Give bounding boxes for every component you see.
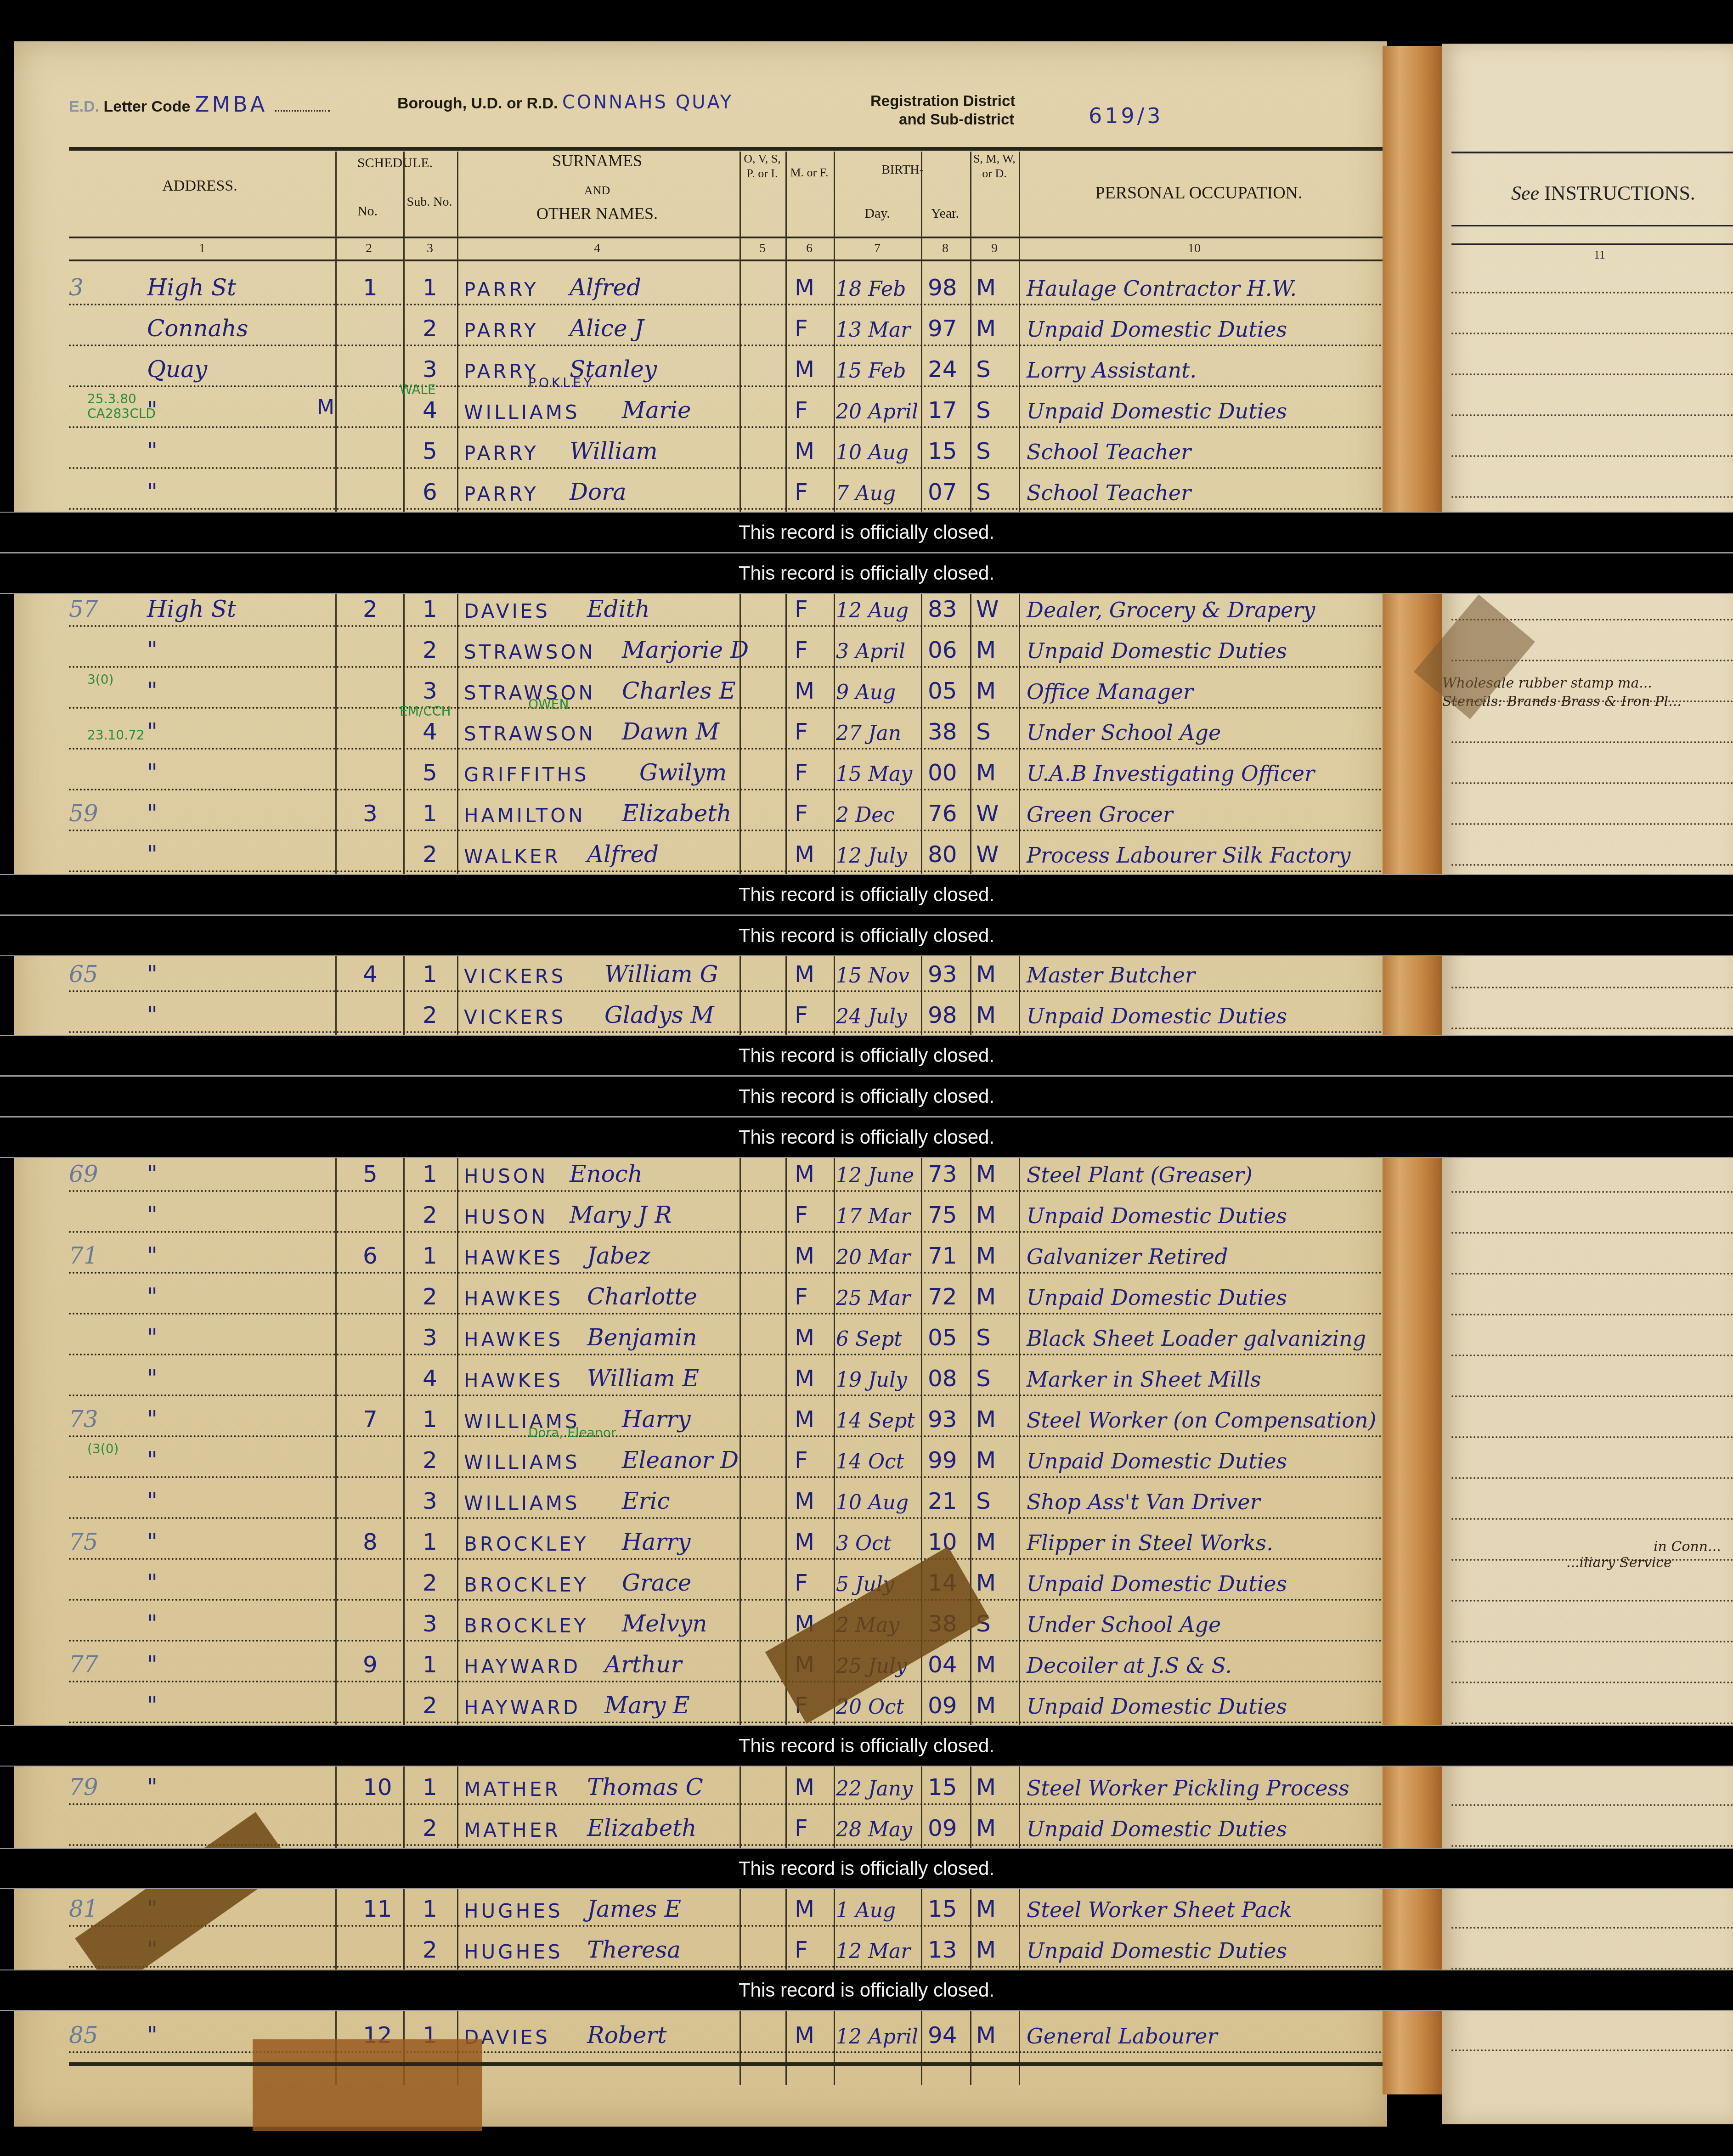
col-other-names: OTHER NAMES. bbox=[457, 204, 737, 223]
dotted-line bbox=[1451, 1232, 1733, 1234]
marital-cell: S bbox=[976, 356, 991, 383]
sex-cell: F bbox=[795, 1447, 808, 1473]
table-row: "2VICKERSGladys MF24 July98MUnpaid Domes… bbox=[69, 992, 1383, 1033]
dotted-line bbox=[1451, 1804, 1733, 1806]
surname-cell: STRAWSON bbox=[464, 641, 596, 663]
surname-cell: PARRY bbox=[464, 360, 539, 383]
house-number: 77 bbox=[69, 1651, 98, 1678]
reg-label-line1: Registration District bbox=[870, 92, 1015, 110]
column-number: 7 bbox=[859, 241, 896, 256]
address-cell: " bbox=[147, 1242, 158, 1269]
birth-year-cell: 15 bbox=[928, 1896, 957, 1922]
table-row: 77"91HAYWARDArthurM25 July04MDecoiler at… bbox=[69, 1641, 1383, 1682]
birth-year-cell: 08 bbox=[928, 1365, 957, 1392]
surname-cell: MATHER bbox=[464, 1819, 561, 1841]
sub-number: 2 bbox=[423, 1815, 437, 1841]
birth-day-cell: 14 Oct bbox=[836, 1450, 904, 1473]
instructions-heading: See INSTRUCTIONS. bbox=[1511, 181, 1695, 205]
sub-number: 1 bbox=[423, 1651, 437, 1678]
birth-year-cell: 17 bbox=[928, 397, 957, 423]
marital-cell: M bbox=[976, 1406, 996, 1433]
occupation-cell: Process Labourer Silk Factory bbox=[1027, 843, 1351, 868]
occupation-cell: Master Butcher bbox=[1027, 963, 1195, 988]
schedule-number: 5 bbox=[363, 1161, 378, 1187]
birth-day-cell: 12 April bbox=[836, 2025, 918, 2049]
birth-day-cell: 1 Aug bbox=[836, 1899, 896, 1922]
closed-record-text: This record is officially closed. bbox=[739, 1126, 994, 1148]
birth-year-cell: 98 bbox=[928, 274, 957, 301]
dotted-line bbox=[1451, 1518, 1733, 1520]
sub-number: 4 bbox=[423, 718, 437, 745]
birth-day-cell: 15 Feb bbox=[836, 359, 906, 383]
sub-number: 2 bbox=[423, 1002, 437, 1028]
surname-cell: HAYWARD bbox=[464, 1696, 581, 1719]
sex-cell: F bbox=[795, 1002, 808, 1028]
given-names-cell: Gladys M bbox=[604, 1002, 714, 1028]
marital-cell: M bbox=[976, 315, 996, 342]
sub-number: 2 bbox=[423, 315, 437, 342]
row-dotted-rule bbox=[69, 508, 1383, 510]
header-rule bbox=[69, 237, 1383, 238]
closed-record-text: This record is officially closed. bbox=[739, 925, 994, 947]
address-cell: " bbox=[147, 1002, 158, 1028]
given-names-cell: Gwilym bbox=[639, 759, 727, 786]
marital-cell: M bbox=[976, 759, 996, 786]
right-header-rule bbox=[1451, 152, 1733, 153]
sex-cell: M bbox=[795, 1324, 814, 1351]
col-schedule-sub: Sub. No. bbox=[404, 193, 455, 211]
occupation-cell: Decoiler at J.S & S. bbox=[1027, 1653, 1232, 1678]
schedule-number: 11 bbox=[363, 1896, 392, 1922]
given-names-cell: Marie bbox=[622, 397, 691, 423]
sex-cell: F bbox=[795, 800, 808, 827]
occupation-cell: Unpaid Domestic Duties bbox=[1027, 317, 1287, 342]
sex-cell: M bbox=[795, 1365, 814, 1392]
birth-year-cell: 04 bbox=[928, 1651, 957, 1678]
birth-day-cell: 13 Mar bbox=[836, 318, 910, 342]
given-names-cell: Jabez bbox=[587, 1242, 650, 1269]
occupation-cell: School Teacher bbox=[1027, 440, 1191, 464]
house-number: 85 bbox=[69, 2022, 98, 2049]
sub-number: 2 bbox=[423, 1202, 437, 1228]
address-cell: " bbox=[147, 1692, 158, 1719]
surname-cell: GRIFFITHS bbox=[464, 763, 589, 786]
occupation-cell: School Teacher bbox=[1027, 480, 1191, 505]
given-names-cell: Harry bbox=[622, 1406, 690, 1433]
column-number: 9 bbox=[976, 241, 1013, 256]
address-cell: " bbox=[147, 961, 158, 988]
given-names-cell: William G bbox=[604, 961, 718, 988]
dotted-line bbox=[1451, 864, 1733, 866]
marital-cell: S bbox=[976, 479, 991, 505]
given-names-cell: Eleanor D bbox=[622, 1447, 739, 1473]
sex-cell: F bbox=[795, 718, 808, 745]
col-birth-day: Day. bbox=[836, 204, 919, 223]
occupation-cell: Unpaid Domestic Duties bbox=[1027, 1449, 1287, 1473]
marital-cell: S bbox=[976, 1488, 991, 1514]
birth-year-cell: 13 bbox=[928, 1936, 957, 1963]
dotted-line bbox=[1451, 987, 1733, 988]
margin-annotation: WALE bbox=[400, 382, 436, 397]
birth-year-cell: 09 bbox=[928, 1692, 957, 1719]
table-row: "5PARRYWilliamM10 Aug15SSchool Teacher bbox=[69, 428, 1383, 469]
surname-cell: WILLIAMS bbox=[464, 1451, 580, 1473]
address-cell: " bbox=[147, 1529, 158, 1555]
sex-cell: M bbox=[795, 1774, 814, 1800]
column-number: 4 bbox=[579, 241, 615, 256]
dotted-line bbox=[1451, 1927, 1733, 1929]
surname-cell: VICKERS bbox=[464, 965, 566, 988]
birth-day-cell: 2 Dec bbox=[836, 803, 895, 827]
address-cell: " bbox=[147, 1283, 158, 1310]
given-names-cell: Thomas C bbox=[587, 1774, 703, 1800]
birth-year-cell: 76 bbox=[928, 800, 957, 827]
dotted-line bbox=[1451, 1273, 1733, 1275]
birth-day-cell: 7 Aug bbox=[836, 482, 896, 505]
dotted-line bbox=[1451, 1477, 1733, 1479]
sub-number: 2 bbox=[423, 1692, 437, 1719]
col-occupation: PERSONAL OCCUPATION. bbox=[1020, 184, 1378, 202]
margin-annotation: EM/CCH bbox=[400, 704, 451, 719]
dotted-line bbox=[1451, 741, 1733, 743]
col-ovspi: O, V, S, P. or I. bbox=[740, 152, 784, 181]
birth-year-cell: 71 bbox=[928, 1242, 957, 1269]
table-row: Connahs2PARRYAlice JF13 Mar97MUnpaid Dom… bbox=[69, 305, 1383, 346]
address-cell: " bbox=[147, 2022, 158, 2049]
table-row: "5GRIFFITHSGwilymF15 May00MU.A.B Investi… bbox=[69, 749, 1383, 790]
occupation-cell: Steel Worker (on Compensation) bbox=[1027, 1408, 1377, 1433]
address-cell: " bbox=[147, 637, 158, 663]
birth-day-cell: 22 Jany bbox=[836, 1777, 913, 1800]
birth-year-cell: 09 bbox=[928, 1815, 957, 1841]
given-names-cell: Dawn M bbox=[622, 718, 719, 745]
registration-value: 619/3 bbox=[1089, 103, 1163, 128]
dotted-line bbox=[1451, 333, 1733, 334]
address-cell: " bbox=[147, 1202, 158, 1228]
occupation-cell: Unpaid Domestic Duties bbox=[1027, 1571, 1287, 1596]
sub-number: 4 bbox=[423, 397, 437, 423]
marital-cell: W bbox=[976, 596, 999, 622]
dotted-line bbox=[1451, 292, 1733, 293]
given-names-cell: Melvyn bbox=[622, 1610, 707, 1637]
surname-cell: HAWKES bbox=[464, 1287, 563, 1310]
row-dotted-rule bbox=[69, 870, 1383, 872]
table-row: "2HUSONMary J RF17 Mar75MUnpaid Domestic… bbox=[69, 1191, 1383, 1233]
given-names-cell: Enoch bbox=[570, 1161, 643, 1187]
house-number: 3 bbox=[69, 274, 84, 301]
dotted-line bbox=[1451, 373, 1733, 375]
sex-cell: F bbox=[795, 1202, 808, 1228]
table-row: "2WILLIAMSEleanor DF14 Oct99MUnpaid Dome… bbox=[69, 1437, 1383, 1478]
dots bbox=[275, 110, 330, 112]
closed-record-text: This record is officially closed. bbox=[739, 562, 994, 584]
table-row: 75"81BROCKLEYHarryM3 Oct10MFlipper in St… bbox=[69, 1518, 1383, 1560]
address-cell: High St bbox=[147, 596, 236, 622]
sub-number: 1 bbox=[423, 596, 437, 622]
sub-number: 1 bbox=[423, 961, 437, 988]
occupation-cell: Steel Plant (Greaser) bbox=[1027, 1163, 1253, 1187]
birth-day-cell: 12 Aug bbox=[836, 599, 909, 622]
birth-day-cell: 20 April bbox=[836, 400, 918, 423]
marital-cell: M bbox=[976, 1936, 996, 1963]
marital-cell: M bbox=[976, 1283, 996, 1310]
dotted-line bbox=[1451, 1191, 1733, 1193]
occupation-cell: Marker in Sheet Mills bbox=[1027, 1367, 1261, 1392]
given-names-cell: Robert bbox=[587, 2022, 666, 2049]
occupation-cell: Unpaid Domestic Duties bbox=[1027, 1817, 1287, 1841]
table-row: "2HUGHESTheresaF12 Mar13MUnpaid Domestic… bbox=[69, 1926, 1383, 1968]
address-cell: " bbox=[147, 1569, 158, 1596]
letter-code-value: ZMBA bbox=[195, 92, 267, 117]
sex-cell: F bbox=[795, 637, 808, 663]
birth-day-cell: 25 Mar bbox=[836, 1287, 910, 1310]
birth-year-cell: 00 bbox=[928, 759, 957, 786]
birth-year-cell: 72 bbox=[928, 1283, 957, 1310]
occupation-cell: Haulage Contractor H.W. bbox=[1027, 276, 1297, 301]
sub-number: 2 bbox=[423, 1283, 437, 1310]
given-names-cell: Alfred bbox=[570, 274, 641, 301]
surname-cell: HAYWARD bbox=[464, 1655, 581, 1678]
table-row: "3WILLIAMSEricM10 Aug21SShop Ass't Van D… bbox=[69, 1478, 1383, 1519]
house-number: 81 bbox=[69, 1896, 98, 1922]
dotted-line bbox=[1451, 1314, 1733, 1315]
marital-cell: M bbox=[976, 1447, 996, 1473]
address-cell: " bbox=[147, 1447, 158, 1473]
birth-day-cell: 14 Sept bbox=[836, 1409, 915, 1433]
address-cell: " bbox=[147, 1324, 158, 1351]
given-names-cell: Charlotte bbox=[587, 1283, 697, 1310]
birth-day-cell: 20 Mar bbox=[836, 1246, 910, 1269]
sub-number: 3 bbox=[423, 1488, 437, 1514]
birth-year-cell: 06 bbox=[928, 637, 957, 663]
dotted-line bbox=[1451, 1395, 1733, 1397]
sub-number: 3 bbox=[423, 1324, 437, 1351]
table-row: "2WALKERAlfredM12 July80WProcess Laboure… bbox=[69, 831, 1383, 872]
col-marital: S, M, W, or D. bbox=[971, 152, 1017, 181]
sub-number: 3 bbox=[423, 356, 437, 383]
surname-cell: HUSON bbox=[464, 1206, 548, 1228]
given-names-cell: James E bbox=[587, 1896, 681, 1922]
surname-cell: BROCKLEY bbox=[464, 1574, 589, 1596]
given-names-cell: Alice J bbox=[570, 315, 644, 342]
table-row: "3HAWKESBenjaminM6 Sept05SBlack Sheet Lo… bbox=[69, 1314, 1383, 1355]
surname-cell: HAWKES bbox=[464, 1369, 563, 1392]
closed-record-text: This record is officially closed. bbox=[739, 1979, 994, 2001]
column-number: 5 bbox=[744, 241, 781, 256]
marital-cell: M bbox=[976, 1815, 996, 1841]
occupation-cell: Unpaid Domestic Duties bbox=[1027, 638, 1287, 663]
closed-record-banner: This record is officially closed. bbox=[0, 1725, 1733, 1767]
birth-year-cell: 80 bbox=[928, 841, 957, 868]
occupation-cell: Under School Age bbox=[1027, 720, 1221, 745]
dotted-line bbox=[1451, 1845, 1733, 1847]
birth-year-cell: 24 bbox=[928, 356, 957, 383]
address-cell: Quay bbox=[147, 356, 207, 383]
surname-cell: STRAWSON bbox=[464, 722, 596, 745]
letter-code-label: Letter Code bbox=[104, 98, 191, 115]
birth-day-cell: 10 Aug bbox=[836, 1491, 909, 1514]
table-row: "4WILLIAMSMarieF20 April17SUnpaid Domest… bbox=[69, 387, 1383, 428]
birth-day-cell: 12 July bbox=[836, 844, 907, 868]
sub-number: 2 bbox=[423, 637, 437, 663]
sex-cell: F bbox=[795, 1815, 808, 1841]
occupation-cell: Unpaid Domestic Duties bbox=[1027, 1694, 1287, 1719]
table-row: 73"71WILLIAMSHarryM14 Sept93MSteel Worke… bbox=[69, 1396, 1383, 1437]
sub-number: 2 bbox=[423, 1447, 437, 1473]
birth-day-cell: 15 Nov bbox=[836, 964, 909, 988]
birth-day-cell: 19 July bbox=[836, 1368, 907, 1392]
closed-record-text: This record is officially closed. bbox=[739, 521, 994, 543]
table-row: "2HAYWARDMary EF20 Oct09MUnpaid Domestic… bbox=[69, 1682, 1383, 1723]
surname-cell: MATHER bbox=[464, 1778, 561, 1800]
occupation-cell: Lorry Assistant. bbox=[1027, 358, 1197, 383]
occupation-cell: Unpaid Domestic Duties bbox=[1027, 1203, 1287, 1228]
occupation-cell: Unpaid Domestic Duties bbox=[1027, 399, 1287, 423]
birth-year-cell: 07 bbox=[928, 479, 957, 505]
table-row: "3BROCKLEYMelvynM2 May38SUnder School Ag… bbox=[69, 1600, 1383, 1642]
sex-cell: M bbox=[795, 677, 814, 704]
surname-cell: HUGHES bbox=[464, 1941, 563, 1963]
house-number: 57 bbox=[69, 596, 98, 622]
birth-day-cell: 27 Jan bbox=[836, 722, 901, 745]
address-cell: " bbox=[147, 718, 158, 745]
table-row: 81"111HUGHESJames EM1 Aug15MSteel Worker… bbox=[69, 1885, 1383, 1927]
given-names-cell: Benjamin bbox=[587, 1324, 697, 1351]
address-cell: " bbox=[147, 1610, 158, 1637]
header-rule bbox=[69, 260, 1383, 261]
margin-annotation: CA283CLD bbox=[87, 406, 156, 421]
sub-number: 1 bbox=[423, 1896, 437, 1922]
given-names-cell: Mary E bbox=[604, 1692, 690, 1719]
column-number: 8 bbox=[927, 241, 964, 256]
occupation-cell: Unpaid Domestic Duties bbox=[1027, 1004, 1287, 1028]
tape-strip bbox=[253, 2039, 482, 2131]
birth-year-cell: 21 bbox=[928, 1488, 957, 1514]
marital-cell: S bbox=[976, 718, 991, 745]
occupation-cell: Unpaid Domestic Duties bbox=[1027, 1938, 1287, 1963]
sex-cell: M bbox=[795, 1161, 814, 1187]
marital-cell: S bbox=[976, 438, 991, 464]
sub-number: 1 bbox=[423, 800, 437, 827]
letter-code-field: E.D. Letter Code ZMBA bbox=[69, 92, 333, 117]
sub-number: 5 bbox=[423, 438, 437, 464]
sub-number: 6 bbox=[423, 479, 437, 505]
given-names-cell: Edith bbox=[587, 596, 650, 622]
marital-cell: M bbox=[976, 1692, 996, 1719]
column-number: 10 bbox=[1176, 241, 1213, 256]
marital-cell: S bbox=[976, 397, 991, 423]
occupation-cell: General Labourer bbox=[1027, 2024, 1218, 2049]
house-number: 75 bbox=[69, 1529, 98, 1555]
margin-annotation: 3(0) bbox=[87, 672, 113, 687]
occupation-cell: Shop Ass't Van Driver bbox=[1027, 1490, 1260, 1514]
sub-number: 3 bbox=[423, 1610, 437, 1637]
sex-cell: M bbox=[795, 438, 814, 464]
margin-annotation: 25.3.80 bbox=[87, 391, 136, 406]
header-rule bbox=[69, 147, 1383, 151]
birth-day-cell: 18 Feb bbox=[836, 277, 906, 301]
birth-year-cell: 94 bbox=[928, 2022, 957, 2049]
column-number: 6 bbox=[791, 241, 828, 256]
marital-cell: M bbox=[976, 961, 996, 988]
address-cell: " bbox=[147, 438, 158, 464]
closed-record-banner: This record is officially closed. bbox=[0, 1848, 1733, 1889]
dotted-line bbox=[1451, 782, 1733, 784]
dotted-line bbox=[1451, 414, 1733, 416]
occupation-cell: Steel Worker Pickling Process bbox=[1027, 1776, 1349, 1800]
closed-record-banner: This record is officially closed. bbox=[0, 1035, 1733, 1076]
margin-annotation: M bbox=[317, 396, 334, 419]
sub-number: 5 bbox=[423, 759, 437, 786]
birth-day-cell: 24 July bbox=[836, 1005, 907, 1028]
closed-record-banner: This record is officially closed. bbox=[0, 553, 1733, 594]
surname-cell: HUSON bbox=[464, 1165, 548, 1187]
surname-cell: PARRY bbox=[464, 483, 539, 505]
schedule-number: 2 bbox=[363, 596, 378, 622]
col-birth: BIRTH- bbox=[836, 161, 969, 179]
birth-day-cell: 9 Aug bbox=[836, 681, 896, 704]
birth-day-cell: 12 June bbox=[836, 1164, 914, 1187]
marital-cell: M bbox=[976, 677, 996, 704]
birth-day-cell: 15 May bbox=[836, 762, 912, 786]
sex-cell: M bbox=[795, 2022, 814, 2049]
dotted-line bbox=[1451, 1436, 1733, 1438]
closed-record-banner: This record is officially closed. bbox=[0, 874, 1733, 915]
dotted-line bbox=[1451, 1641, 1733, 1642]
birth-year-cell: 05 bbox=[928, 1324, 957, 1351]
birth-year-cell: 93 bbox=[928, 1406, 957, 1433]
given-names-cell: William bbox=[570, 438, 658, 464]
margin-annotation: 23.10.72 bbox=[87, 728, 145, 743]
sex-cell: F bbox=[795, 315, 808, 342]
sex-cell: M bbox=[795, 1406, 814, 1433]
table-row: 3High St11PARRYAlfredM18 Feb98MHaulage C… bbox=[69, 264, 1383, 305]
surname-cell: HAMILTON bbox=[464, 804, 586, 827]
sex-cell: M bbox=[795, 1242, 814, 1269]
column-number-11: 11 bbox=[1594, 248, 1605, 262]
address-cell: " bbox=[147, 677, 158, 704]
marital-cell: W bbox=[976, 800, 999, 827]
surname-cell: HUGHES bbox=[464, 1900, 563, 1922]
sex-cell: F bbox=[795, 1283, 808, 1310]
table-row: 59"31HAMILTONElizabethF2 Dec76WGreen Gro… bbox=[69, 790, 1383, 831]
house-number: 65 bbox=[69, 961, 98, 988]
row-dotted-rule bbox=[69, 1966, 1383, 1968]
given-names-cell: Elizabeth bbox=[587, 1815, 697, 1841]
birth-year-cell: 75 bbox=[928, 1202, 957, 1228]
table-row: "6PARRYDoraF7 Aug07SSchool Teacher bbox=[69, 468, 1383, 510]
sex-cell: M bbox=[795, 1896, 814, 1922]
table-row: "3STRAWSONCharles EM9 Aug05MOffice Manag… bbox=[69, 667, 1383, 709]
dotted-line bbox=[1451, 823, 1733, 825]
marital-cell: M bbox=[976, 274, 996, 301]
schedule-number: 6 bbox=[363, 1242, 378, 1269]
dotted-line bbox=[1451, 496, 1733, 498]
row-dotted-rule bbox=[69, 1721, 1383, 1723]
table-row: "2BROCKLEYGraceF5 July14MUnpaid Domestic… bbox=[69, 1559, 1383, 1601]
marital-cell: M bbox=[976, 2022, 996, 2049]
table-row: "2HAWKESCharlotteF25 Mar72MUnpaid Domest… bbox=[69, 1273, 1383, 1315]
schedule-number: 7 bbox=[363, 1406, 378, 1433]
surname-cell: DAVIES bbox=[464, 600, 550, 622]
closed-record-text: This record is officially closed. bbox=[739, 1044, 994, 1067]
birth-year-cell: 15 bbox=[928, 438, 957, 464]
sub-number: 1 bbox=[423, 1242, 437, 1269]
house-number: 79 bbox=[69, 1774, 98, 1800]
sex-cell: F bbox=[795, 397, 808, 423]
surname-cell: PARRY bbox=[464, 278, 539, 301]
address-cell: " bbox=[147, 1651, 158, 1678]
